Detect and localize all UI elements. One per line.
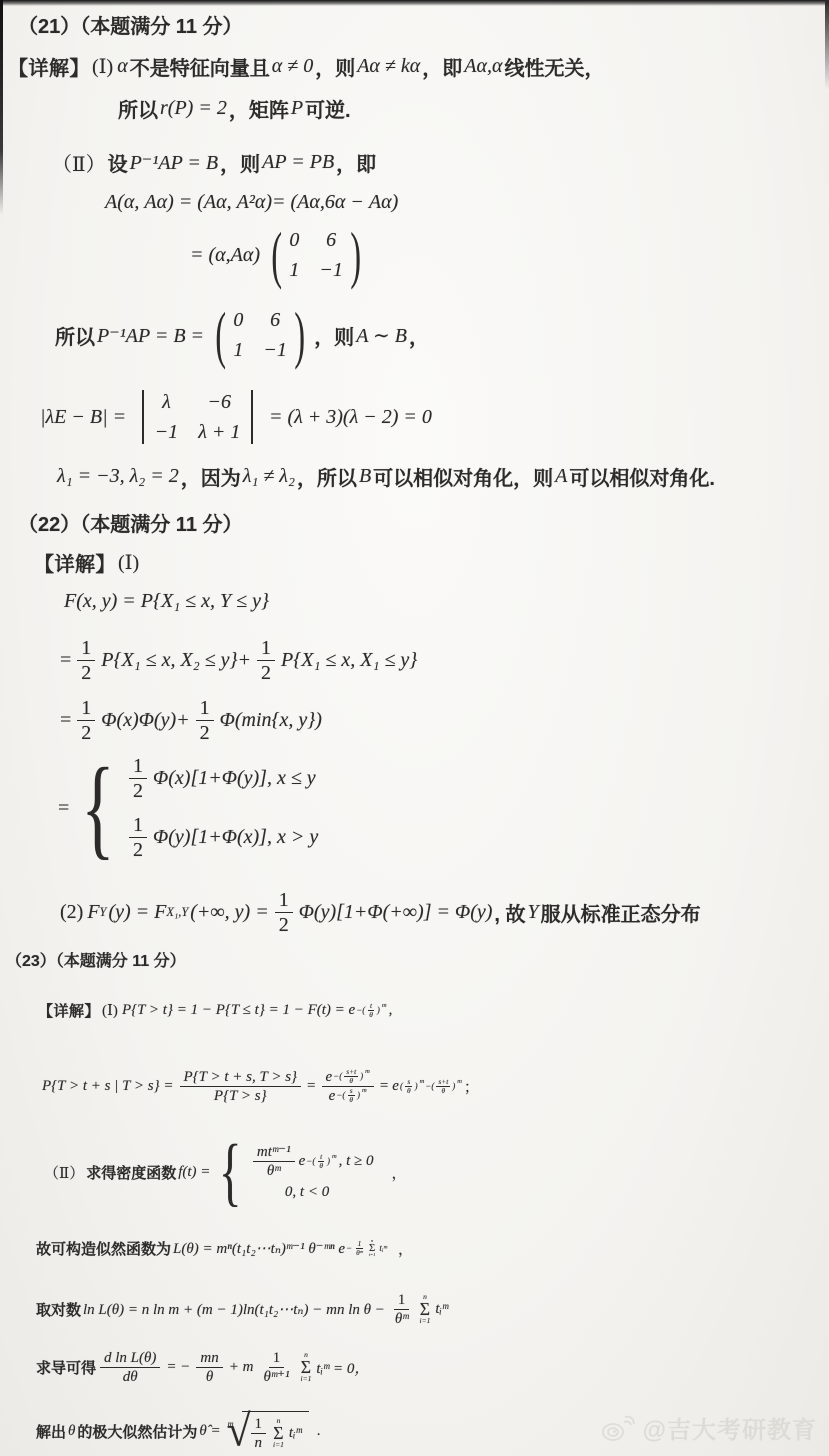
cn-text: ，即 <box>336 148 376 177</box>
fraction-numerator: 1 <box>196 696 214 721</box>
q23-line-4-likelihood: 故可构造似然函数为 L(θ) = mⁿ(t₁t₂⋯tₙ)ᵐ⁻¹ θ⁻ᵐⁿ e −… <box>36 1238 415 1259</box>
cn-text: ，所以 <box>297 462 357 491</box>
cn-text: ，因为 <box>181 462 241 491</box>
matrix-cell: 0 <box>289 226 299 254</box>
math-fragment: P{T > t + s | T > s} = <box>40 1078 176 1095</box>
math-fragment: F <box>85 901 99 924</box>
determinant-left-bar <box>142 390 144 444</box>
q22-line-1: 【详解】 (Ⅰ) <box>34 548 141 577</box>
fraction-denominator: θ <box>347 1096 355 1104</box>
detail-label: 【详解】 <box>34 548 116 577</box>
math-fragment: α ≠ 0 <box>270 55 315 78</box>
matrix-grid: 0 6 1 −1 <box>231 306 289 364</box>
fraction-denominator: θ <box>347 1077 355 1085</box>
summation: n Σ i=1 <box>301 1351 312 1383</box>
fraction: 1 θᵐ⁺¹ <box>259 1349 293 1386</box>
q22-line-5-piecewise: = { 1 2 Φ(x)[1+Φ(y)], x ≤ y 1 2 Φ(y)[1+Φ… <box>56 750 320 866</box>
punctuation: ， <box>396 1238 415 1259</box>
sum-lower-limit: i=1 <box>419 1317 430 1325</box>
math-fragment: tᵢᵐ <box>287 1425 304 1442</box>
math-fragment: (+∞, y) = <box>188 901 270 924</box>
fraction: d ln L(θ) dθ <box>100 1349 160 1386</box>
sum-lower-limit: i=1 <box>273 1441 284 1449</box>
equals-sign: = <box>58 649 73 672</box>
math-fragment: B <box>357 465 373 488</box>
exponent-open: −( <box>335 1091 346 1100</box>
cn-text: ，则 <box>220 148 260 177</box>
fraction-denominator: 2 <box>275 913 293 937</box>
fraction-denominator: 2 <box>129 838 147 862</box>
fraction-denominator: θ <box>202 1368 217 1386</box>
exponent-minus: − <box>345 1244 353 1253</box>
cn-text: 线性无关， <box>505 52 605 81</box>
determinant-cell: −6 <box>208 388 232 416</box>
math-fragment: α <box>115 55 130 78</box>
fraction: 1 θᵐ <box>391 1291 413 1328</box>
sigma-symbol: Σ <box>273 1425 283 1441</box>
math-fragment: F(x, y) = P{X₁ ≤ x, Y ≤ y} <box>62 590 271 613</box>
exponent-open: −( <box>305 1157 316 1166</box>
math-fragment: , t ≥ 0 <box>337 1153 376 1170</box>
fraction-numerator: P{T > t + s, T > s} <box>180 1068 302 1087</box>
part-number: （Ⅱ） <box>50 148 108 177</box>
scan-edge-right <box>825 0 829 90</box>
tiny-fraction: sθ <box>405 1078 413 1094</box>
fraction-denominator: n <box>251 1434 267 1452</box>
math-fragment: = (α,Aα) <box>188 244 262 267</box>
q22-line-3: = 1 2 P{X₁ ≤ x, X₂ ≤ y}+ 1 2 P{X₁ ≤ x, X… <box>58 636 419 684</box>
q21-line-6: 所以 P⁻¹AP = B = ( 0 6 1 −1 ) ，则 A ∼ B ， <box>55 302 429 368</box>
q23-line-1: 【详解】 (Ⅰ) P{T > t} = 1 − P{T ≤ t} = 1 − F… <box>38 1000 394 1021</box>
math-fragment: Φ(x)[1+Φ(y)], x ≤ y <box>151 767 318 790</box>
tiny-fraction: tθ <box>317 1153 325 1169</box>
exponent: −( t θ ) m <box>355 1002 386 1018</box>
fraction-denominator: θ <box>367 1011 375 1019</box>
fraction-denominator: θᵐ⁺¹ <box>259 1368 293 1386</box>
cn-text: 服从标准正态分布 <box>541 898 701 927</box>
fraction-denominator: θᵐ <box>263 1162 285 1180</box>
fraction-half: 1 2 <box>77 636 95 685</box>
cn-text: 解出 <box>36 1421 66 1442</box>
fraction-half: 1 2 <box>257 636 275 685</box>
big-fraction-exponential: e−(s+tθ)m e−(sθ)m <box>322 1068 374 1105</box>
q22-header: （22）（本题满分 11 分） <box>18 508 243 537</box>
math-fragment: Aα,α <box>462 55 504 78</box>
fraction-numerator: 1 <box>275 888 293 913</box>
fraction-denominator: 2 <box>196 721 214 745</box>
subscript: Y <box>100 905 107 920</box>
fraction-half: 1 2 <box>129 813 147 862</box>
exponent: −(s+tθ)m <box>332 1068 370 1084</box>
matrix-cell: 1 <box>289 256 299 284</box>
fraction: mn θ <box>196 1349 222 1386</box>
cn-text: ， <box>409 321 429 350</box>
cn-text: 设 <box>108 148 128 177</box>
math-fragment: L(θ) = mⁿ(t₁t₂⋯tₙ)ᵐ⁻¹ θ⁻ᵐⁿ e <box>171 1239 345 1258</box>
math-fragment: P{T > t} = 1 − P{T ≤ t} = 1 − F(t) = e <box>120 1002 355 1019</box>
q23-header-text: （23）（本题满分 11 分） <box>6 948 186 971</box>
fraction-numerator: 1 <box>77 696 95 721</box>
q21-line-2: 所以 r(P) = 2 ，矩阵 P 可逆. <box>118 94 351 123</box>
determinant-right-bar <box>251 390 253 444</box>
q21-line-8: λ₁ = −3, λ₂ = 2 ，因为 λ₁ ≠ λ₂ ，所以 B 可以相似对角… <box>55 462 715 491</box>
cn-text: ，则 <box>315 52 355 81</box>
q23-line-5-log: 取对数 ln L(θ) = n ln m + (m − 1)ln(t₁t₂⋯tₙ… <box>36 1284 450 1334</box>
fraction: 1 n <box>251 1415 267 1452</box>
fraction-numerator: e−(s+tθ)m <box>322 1068 374 1087</box>
math-fragment: λ₁ ≠ λ₂ <box>241 465 297 488</box>
weibo-icon <box>600 1413 636 1443</box>
sum-lower-limit: i=1 <box>301 1375 312 1383</box>
part-number: (Ⅰ) <box>116 550 141 575</box>
cn-text: ，即 <box>422 52 462 81</box>
cn-text: 可以相似对角化. <box>569 462 715 491</box>
exponent-open: −( <box>332 1072 343 1081</box>
q22-line-6: (2) FY (y) = FX₁,Y (+∞, y) = 1 2 Φ(y)[1+… <box>58 888 701 936</box>
cn-text: 不是特征向量且 <box>130 52 270 81</box>
q23-line-2: P{T > t + s | T > s} = P{T > t + s, T > … <box>40 1044 481 1128</box>
determinant-cell: −1 <box>155 418 179 446</box>
math-fragment: θ̂ = <box>197 1423 222 1440</box>
piecewise-rows: 1 2 Φ(x)[1+Φ(y)], x ≤ y 1 2 Φ(y)[1+Φ(x)]… <box>125 754 320 862</box>
q23-line-3-density: （Ⅱ） 求得密度函数 f(t) = { mtᵐ⁻¹ θᵐ e −( tθ ) m <box>42 1128 409 1216</box>
exponent-power: m <box>456 1079 462 1085</box>
math-fragment: λ₁ = −3, λ₂ = 2 <box>55 465 181 488</box>
math-fragment: + m <box>227 1359 256 1376</box>
exponent: −(sθ)m <box>335 1087 366 1103</box>
fraction-denominator: θ <box>439 1087 447 1095</box>
matrix-cell: −1 <box>263 336 287 364</box>
e-base: e <box>390 1078 399 1095</box>
equals-sign: = <box>58 709 73 732</box>
fraction-numerator: 1 <box>251 1415 267 1434</box>
math-fragment: θ <box>66 1423 77 1440</box>
q21-header: （21）（本题满分 11 分） <box>18 10 243 39</box>
fraction-denominator: 2 <box>77 661 95 685</box>
fraction-half: 1 2 <box>275 888 293 937</box>
equals-sign: = <box>56 797 71 820</box>
subscript: X₁,Y <box>166 905 188 920</box>
cn-text: , 故 <box>494 898 525 927</box>
q21-line-1: 【详解】 (Ⅰ) α 不是特征向量且 α ≠ 0 ，则 Aα ≠ kα ，即 A… <box>8 52 605 81</box>
fraction-numerator: 1 <box>129 813 147 838</box>
math-fragment: A <box>553 465 569 488</box>
radical: m √ 1 n n Σ i=1 tᵢᵐ <box>228 1411 309 1452</box>
fraction-denominator: θ <box>405 1087 413 1095</box>
cn-text: 取对数 <box>36 1299 81 1320</box>
e-base: e <box>326 1068 333 1086</box>
matrix: ( 0 6 1 −1 ) <box>266 226 366 284</box>
matrix-cell: 6 <box>270 306 280 334</box>
fraction-numerator: 1 <box>394 1291 410 1310</box>
cn-text: 可逆. <box>305 94 351 123</box>
q22-line-4: = 1 2 Φ(x)Φ(y)+ 1 2 Φ(min{x, y}) <box>58 696 324 744</box>
exponent: − 1 θᵐ n Σ i=1 tᵢᵐ <box>345 1239 388 1258</box>
matrix-cell: 6 <box>326 226 336 254</box>
fraction-numerator: mn <box>196 1349 222 1368</box>
big-fraction: P{T > t + s, T > s} P{T > s} <box>180 1068 302 1105</box>
fraction-denominator: 2 <box>257 661 275 685</box>
exponent-minus: −( <box>424 1082 435 1091</box>
piecewise-row: 0, t < 0 <box>249 1184 331 1201</box>
detail-label: 【详解】 <box>38 1000 100 1021</box>
scan-edge-left <box>0 0 3 215</box>
fraction-denominator: 2 <box>77 721 95 745</box>
math-fragment: Φ(y)[1+Φ(x)], x > y <box>151 826 320 849</box>
q21-line-5: = (α,Aα) ( 0 6 1 −1 ) <box>188 222 370 288</box>
fraction-half: 1 2 <box>129 754 147 803</box>
fraction-denominator: θᵐ <box>391 1310 413 1328</box>
part-number: (Ⅰ) <box>100 1001 120 1020</box>
math-fragment: tᵢᵐ = 0， <box>314 1357 371 1378</box>
math-fragment: P⁻¹AP = B = <box>95 323 206 348</box>
math-fragment: Φ(min{x, y}) <box>218 709 324 732</box>
punctuation: , <box>387 1002 395 1019</box>
math-fragment: r(P) = 2 <box>158 97 229 120</box>
q21-header-text: （21）（本题满分 11 分） <box>18 10 243 39</box>
watermark-text: @吉大考研教育 <box>643 1410 817 1445</box>
tiny-fraction: s+tθ <box>344 1068 358 1084</box>
cn-text: 可以相似对角化，则 <box>373 462 553 491</box>
q22-header-text: （22）（本题满分 11 分） <box>18 508 243 537</box>
q21-line-7: |λE − B| = λ −6 −1 λ + 1 = (λ + 3)(λ − 2… <box>38 384 434 450</box>
q21-line-4: A(α, Aα) = (Aα, A²α)= (Aα,6α − Aα) <box>103 191 400 214</box>
piecewise: { 1 2 Φ(x)[1+Φ(y)], x ≤ y 1 2 Φ(y)[1+Φ(x… <box>71 754 320 862</box>
tiny-fraction: sθ <box>347 1087 355 1103</box>
math-fragment: tᵢᵐ <box>433 1301 450 1318</box>
fraction-denominator: θ <box>317 1162 325 1170</box>
punctuation: . <box>315 1423 323 1440</box>
scanned-solution-page: （21）（本题满分 11 分） 【详解】 (Ⅰ) α 不是特征向量且 α ≠ 0… <box>0 0 829 1456</box>
cn-text: 的极大似然估计为 <box>77 1421 197 1442</box>
piecewise-rows: mtᵐ⁻¹ θᵐ e −( tθ ) m , t ≥ 0 0, t < 0 <box>249 1143 376 1201</box>
fraction-half: 1 2 <box>77 696 95 745</box>
part-number: (2) <box>58 901 85 924</box>
q23-line-7-estimator: 解出 θ 的极大似然估计为 θ̂ = m √ 1 n n Σ i=1 tᵢᵐ . <box>36 1406 322 1456</box>
math-fragment: P{X₁ ≤ x, X₁ ≤ y} <box>279 649 419 672</box>
math-fragment: Y <box>526 901 541 924</box>
matrix-cell: 0 <box>233 306 243 334</box>
math-fragment: Φ(x)Φ(y)+ <box>99 709 191 732</box>
part-number: （Ⅱ） <box>42 1162 86 1183</box>
exponent-power: m <box>364 1069 370 1075</box>
summation: n Σ i=1 <box>273 1417 284 1449</box>
math-fragment: Aα ≠ kα <box>355 55 422 78</box>
fraction-denominator: θᵐ <box>354 1249 365 1257</box>
math-fragment: A ∼ B <box>354 323 409 348</box>
equals-sign: = <box>378 1078 390 1095</box>
fraction-numerator: mtᵐ⁻¹ <box>253 1143 295 1162</box>
piecewise-row: 1 2 Φ(x)[1+Φ(y)], x ≤ y <box>125 754 318 803</box>
scan-edge-top <box>0 0 829 6</box>
cn-text: ，则 <box>314 321 354 350</box>
tiny-fraction: 1 θᵐ <box>354 1240 365 1256</box>
fraction-numerator: 1 <box>257 636 275 661</box>
cn-text: ，矩阵 <box>229 94 289 123</box>
summation: n Σ i=1 <box>419 1293 430 1325</box>
q23-line-6-derivative: 求导可得 d ln L(θ) dθ = − mn θ + m 1 θᵐ⁺¹ n … <box>36 1340 371 1394</box>
tiny-fraction: s+tθ <box>436 1078 450 1094</box>
fraction-denominator: P{T > s} <box>210 1087 271 1105</box>
math-fragment: P <box>289 97 305 120</box>
matrix-grid: 0 6 1 −1 <box>287 226 345 284</box>
fraction-numerator: 1 <box>129 754 147 779</box>
radical-degree: m <box>228 1419 234 1428</box>
sigma-symbol: Σ <box>420 1301 430 1317</box>
math-fragment: Φ(y)[1+Φ(+∞)] = Φ(y) <box>297 901 495 924</box>
math-fragment: = − <box>164 1359 192 1376</box>
summation: n Σ i=1 <box>369 1239 376 1258</box>
exponent: −( tθ ) m <box>305 1153 336 1169</box>
piecewise-row: 1 2 Φ(y)[1+Φ(x)], x > y <box>125 813 320 862</box>
tiny-fraction: t θ <box>367 1002 375 1018</box>
q21-line-3: （Ⅱ） 设 P⁻¹AP = B ，则 AP = PB ，即 <box>50 148 376 177</box>
piecewise: { mtᵐ⁻¹ θᵐ e −( tθ ) m , t ≥ 0 <box>212 1143 375 1201</box>
cn-text: 故可构造似然函数为 <box>36 1238 171 1259</box>
radical-body: 1 n n Σ i=1 tᵢᵐ <box>242 1411 309 1452</box>
math-fragment: P⁻¹AP = B <box>128 150 221 175</box>
math-fragment: A(α, Aα) = (Aα, A²α)= (Aα,6α − Aα) <box>103 191 400 214</box>
matrix-cell: −1 <box>319 256 343 284</box>
exponent-power: m <box>381 1003 387 1009</box>
determinant: λ −6 −1 λ + 1 <box>133 388 262 446</box>
matrix-cell: 1 <box>233 336 243 364</box>
equals-sign: = <box>305 1078 317 1095</box>
fraction-denominator: 2 <box>129 779 147 803</box>
punctuation: ， <box>390 1162 409 1183</box>
determinant-cell: λ + 1 <box>198 418 240 446</box>
exponent-power: m <box>331 1154 337 1160</box>
matrix: ( 0 6 1 −1 ) <box>210 306 310 364</box>
detail-label: 【详解】 <box>8 52 90 81</box>
math-fragment: P{X₁ ≤ x, X₂ ≤ y}+ <box>99 649 253 672</box>
cn-text: 所以 <box>118 94 158 123</box>
part-number: (Ⅰ) <box>90 54 115 79</box>
exponent-power: m <box>419 1079 425 1085</box>
fraction-numerator: d ln L(θ) <box>100 1349 160 1368</box>
math-fragment: f(t) = <box>176 1164 212 1181</box>
math-fragment: |λE − B| = <box>38 406 128 429</box>
fraction-numerator: 1 <box>269 1349 285 1368</box>
exponent-open: −( <box>355 1006 366 1015</box>
q23-header: （23）（本题满分 11 分） <box>6 948 186 971</box>
exponent-open: ( <box>399 1082 404 1091</box>
fraction-denominator: e−(sθ)m <box>325 1087 371 1105</box>
cn-text: 求导可得 <box>36 1357 96 1378</box>
exponent: ( sθ ) m −( s+tθ ) m <box>399 1078 462 1094</box>
determinant-grid: λ −6 −1 λ + 1 <box>153 388 243 446</box>
e-base: e <box>299 1153 306 1170</box>
watermark: @吉大考研教育 <box>600 1410 817 1445</box>
cn-text: 求得密度函数 <box>86 1162 176 1183</box>
sum-lower-limit: i=1 <box>369 1253 376 1258</box>
math-fragment: = (λ + 3)(λ − 2) = 0 <box>267 406 434 429</box>
math-fragment: (y) = F <box>106 901 166 924</box>
math-fragment: 0, t < 0 <box>283 1184 331 1201</box>
math-fragment: AP = PB <box>260 151 336 174</box>
sigma-symbol: Σ <box>301 1359 311 1375</box>
fraction: mtᵐ⁻¹ θᵐ <box>253 1143 295 1180</box>
e-base: e <box>329 1087 336 1105</box>
exponent-power: m <box>361 1088 367 1094</box>
math-fragment: ln L(θ) = n ln m + (m − 1)ln(t₁t₂⋯tₙ) − … <box>81 1300 387 1319</box>
determinant-cell: λ <box>162 388 171 416</box>
piecewise-row: mtᵐ⁻¹ θᵐ e −( tθ ) m , t ≥ 0 <box>249 1143 376 1180</box>
fraction-denominator: dθ <box>119 1368 142 1386</box>
punctuation: ； <box>462 1076 481 1097</box>
fraction-half: 1 2 <box>196 696 214 745</box>
fraction-numerator: 1 <box>77 636 95 661</box>
cn-text: 所以 <box>55 321 95 350</box>
exponent-term: tᵢᵐ <box>378 1244 388 1253</box>
q22-line-2: F(x, y) = P{X₁ ≤ x, Y ≤ y} <box>62 590 271 613</box>
